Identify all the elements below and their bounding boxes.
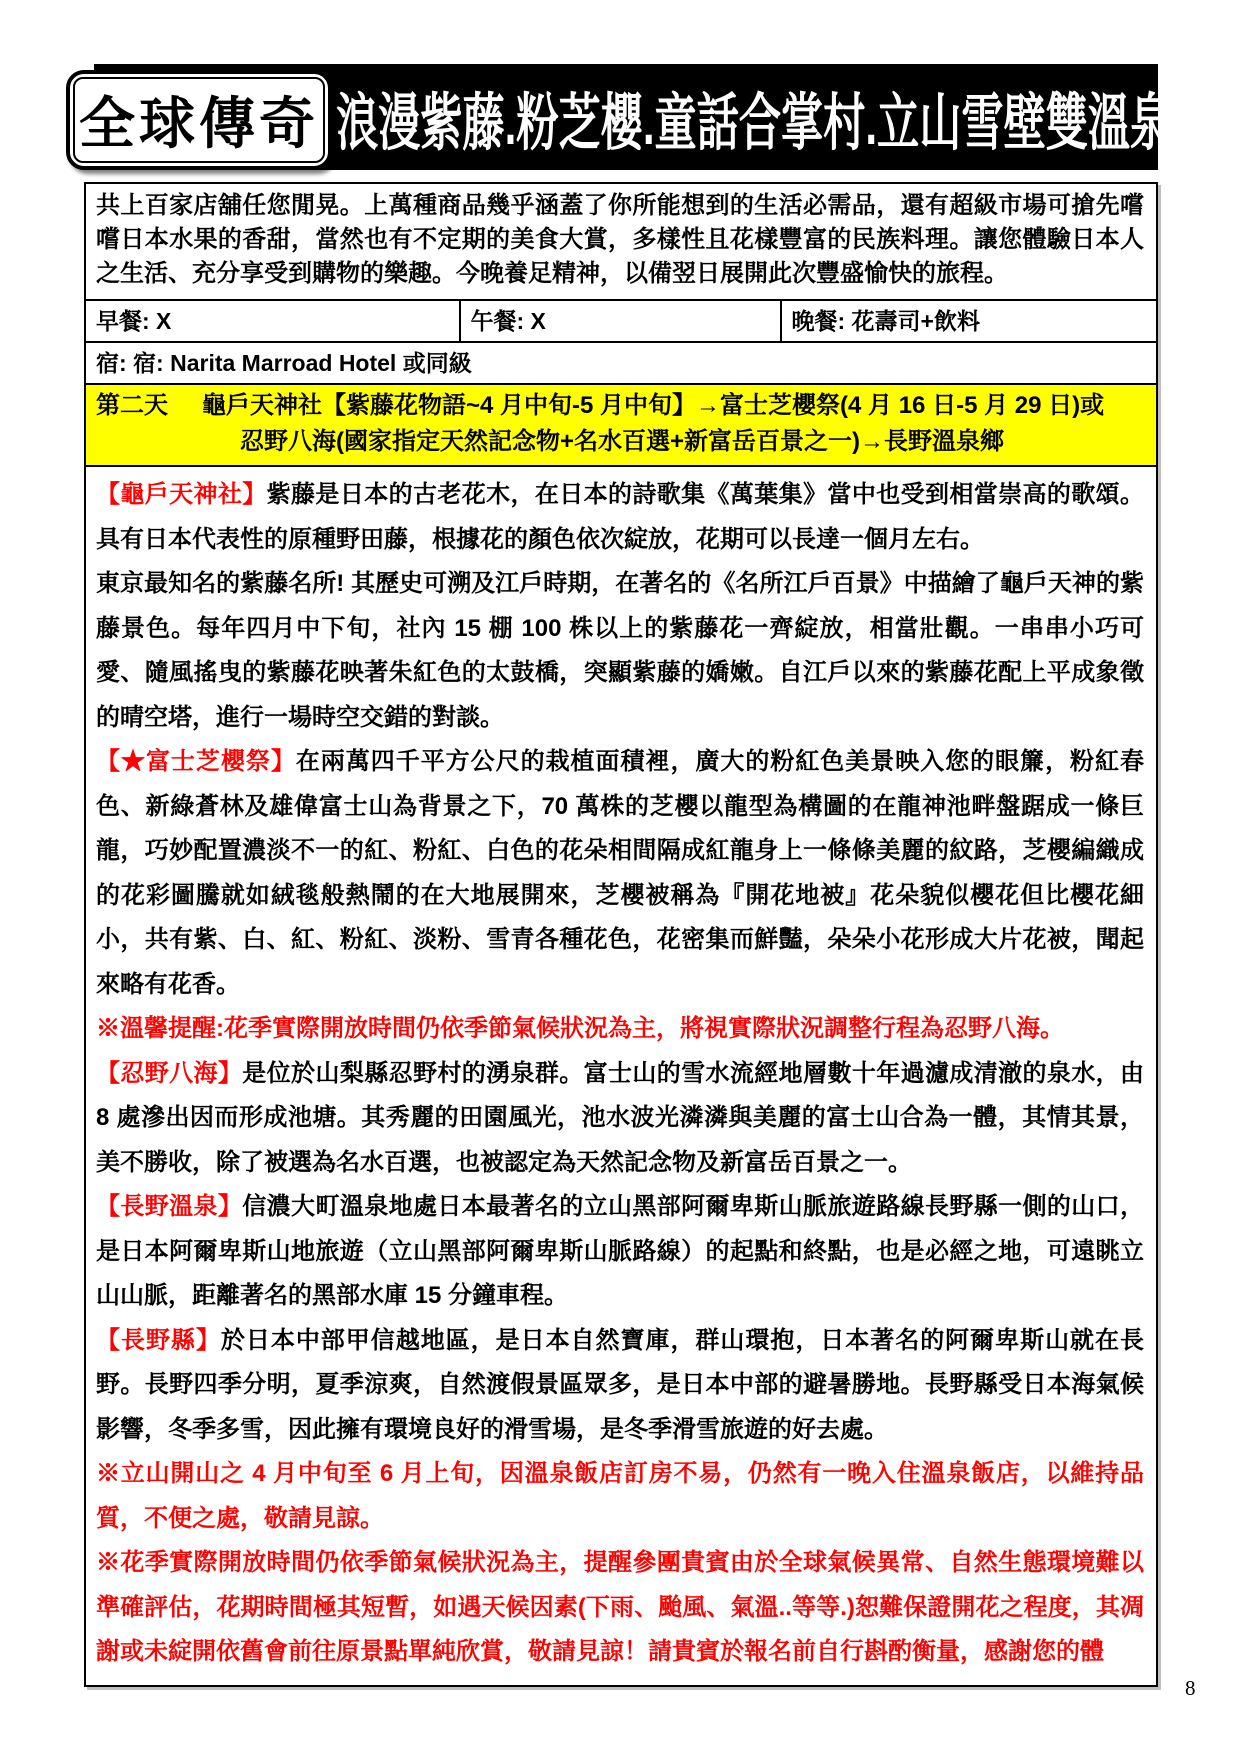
itinerary-table: 共上百家店舖任您閒晃。上萬種商品幾乎涵蓋了你所能想到的生活必需品，還有超級市場可… bbox=[84, 182, 1158, 1687]
itinerary-paragraph: 【龜戶天神社】紫藤是日本的古老花木，在日本的詩歌集《萬葉集》當中也受到相當崇高的… bbox=[96, 473, 1144, 562]
section-text: 信濃大町溫泉地處日本最著名的立山黑部阿爾卑斯山脈旅遊路線長野縣一側的山口，是日本… bbox=[96, 1193, 1144, 1309]
document-page: 浪漫紫藤.粉芝櫻.童話合掌村.立山雪壁雙溫泉五日 全球傳奇 共上百家店舖任您閒晃… bbox=[0, 0, 1241, 1755]
section-text: ※溫馨提醒:花季實際開放時間仍依季節氣候狀況為主，將視實際狀況調整行程為忍野八海… bbox=[96, 1015, 1064, 1042]
day2-title-line1: 龜戶天神社【紫藤花物語~4 月中旬-5 月中旬】→富士芝櫻祭(4 月 16 日-… bbox=[202, 388, 1104, 424]
itinerary-paragraph: ※溫馨提醒:花季實際開放時間仍依季節氣候狀況為主，將視實際狀況調整行程為忍野八海… bbox=[96, 1007, 1144, 1052]
breakfast-cell: 早餐: X bbox=[86, 301, 461, 341]
itinerary-paragraph: 【長野溫泉】信濃大町溫泉地處日本最著名的立山黑部阿爾卑斯山脈旅遊路線長野縣一側的… bbox=[96, 1185, 1144, 1319]
tour-title: 浪漫紫藤.粉芝櫻.童話合掌村.立山雪壁雙溫泉五日 bbox=[336, 73, 1241, 162]
itinerary-paragraph: 【★富士芝櫻祭】在兩萬四千平方公尺的栽植面積裡，廣大的粉紅色美景映入您的眼簾，粉… bbox=[96, 740, 1144, 1007]
day2-title-row: 第二天 龜戶天神社【紫藤花物語~4 月中旬-5 月中旬】→富士芝櫻祭(4 月 1… bbox=[96, 388, 1148, 424]
itinerary-paragraph: ※花季實際開放時間仍依季節氣候狀況為主，提醒參團貴賓由於全球氣候異常、自然生態環… bbox=[96, 1541, 1144, 1675]
itinerary-sections: 【龜戶天神社】紫藤是日本的古老花木，在日本的詩歌集《萬葉集》當中也受到相當崇高的… bbox=[86, 467, 1156, 1685]
section-text: ※立山開山之 4 月中旬至 6 月上旬，因溫泉飯店訂房不易，仍然有一晚入住溫泉飯… bbox=[96, 1460, 1144, 1532]
itinerary-paragraph: ※立山開山之 4 月中旬至 6 月上旬，因溫泉飯店訂房不易，仍然有一晚入住溫泉飯… bbox=[96, 1452, 1144, 1541]
day2-header: 第二天 龜戶天神社【紫藤花物語~4 月中旬-5 月中旬】→富士芝櫻祭(4 月 1… bbox=[86, 385, 1156, 467]
day1-description: 共上百家店舖任您閒晃。上萬種商品幾乎涵蓋了你所能想到的生活必需品，還有超級市場可… bbox=[86, 184, 1156, 301]
brand-logo: 全球傳奇 bbox=[66, 70, 332, 170]
hotel-cell: 宿: 宿: Narita Marroad Hotel 或同級 bbox=[86, 343, 1156, 385]
section-label: 【★富士芝櫻祭】 bbox=[96, 748, 296, 775]
section-text: 是位於山梨縣忍野村的湧泉群。富士山的雪水流經地層數十年過濾成清澈的泉水，由 8 … bbox=[96, 1060, 1144, 1176]
day2-title-line2: 忍野八海(國家指定天然記念物+名水百選+新富岳百景之一)→長野溫泉鄉 bbox=[96, 424, 1148, 460]
itinerary-paragraph: 東京最知名的紫藤名所! 其歷史可溯及江戶時期，在著名的《名所江戶百景》中描繪了龜… bbox=[96, 562, 1144, 740]
section-label: 【龜戶天神社】 bbox=[96, 481, 267, 508]
page-number: 8 bbox=[1185, 1676, 1196, 1701]
section-label: 【長野溫泉】 bbox=[96, 1193, 242, 1220]
meals-row: 早餐: X 午餐: X 晚餐: 花壽司+飲料 bbox=[86, 301, 1156, 343]
section-text: 在兩萬四千平方公尺的栽植面積裡，廣大的粉紅色美景映入您的眼簾，粉紅春色、新綠蒼林… bbox=[96, 748, 1144, 998]
dinner-cell: 晚餐: 花壽司+飲料 bbox=[782, 301, 1157, 341]
section-label: 【忍野八海】 bbox=[96, 1060, 242, 1087]
section-text: 於日本中部甲信越地區，是日本自然寶庫，群山環抱，日本著名的阿爾卑斯山就在長野。長… bbox=[96, 1327, 1144, 1443]
section-text: ※花季實際開放時間仍依季節氣候狀況為主，提醒參團貴賓由於全球氣候異常、自然生態環… bbox=[96, 1549, 1144, 1665]
itinerary-paragraph: 【長野縣】於日本中部甲信越地區，是日本自然寶庫，群山環抱，日本著名的阿爾卑斯山就… bbox=[96, 1319, 1144, 1453]
section-label: 【長野縣】 bbox=[96, 1327, 221, 1354]
day2-label: 第二天 bbox=[96, 388, 168, 424]
lunch-cell: 午餐: X bbox=[461, 301, 782, 341]
section-text: 東京最知名的紫藤名所! 其歷史可溯及江戶時期，在著名的《名所江戶百景》中描繪了龜… bbox=[96, 570, 1144, 731]
itinerary-paragraph: 【忍野八海】是位於山梨縣忍野村的湧泉群。富士山的雪水流經地層數十年過濾成清澈的泉… bbox=[96, 1052, 1144, 1186]
brand-logo-text: 全球傳奇 bbox=[73, 77, 325, 163]
